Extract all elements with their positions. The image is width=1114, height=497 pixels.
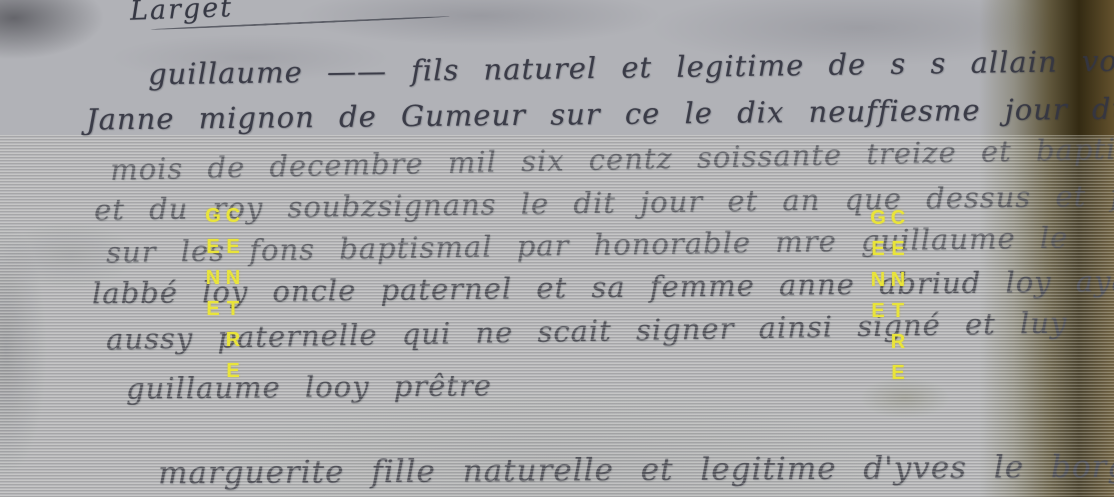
video-scanline-band: [0, 135, 1114, 497]
manuscript-scan-page: Larget guillaume —— fils naturel et legi…: [0, 0, 1114, 497]
watermark-right-column: CENTRE GENE: [868, 207, 908, 497]
margin-surname-note: Larget: [129, 0, 233, 27]
watermark-left-column: CENTRE GENE: [203, 205, 243, 497]
